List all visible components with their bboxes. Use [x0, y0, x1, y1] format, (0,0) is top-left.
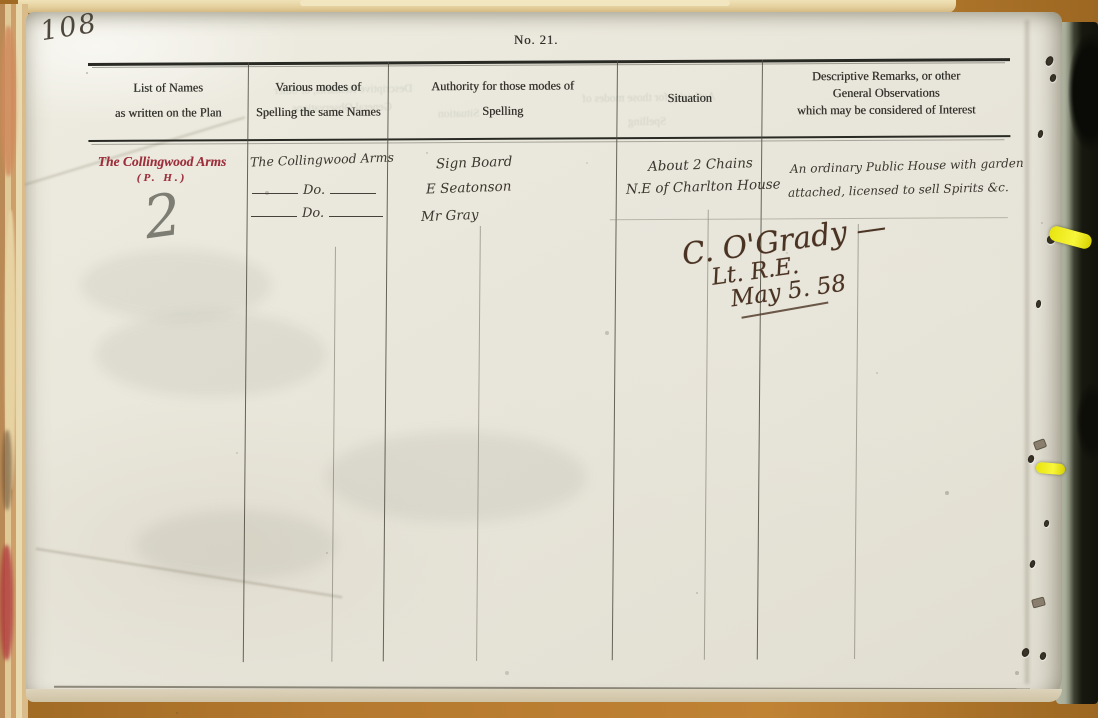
- page-edge-dark-tint: [2, 430, 12, 510]
- faint-sub-divider: [476, 226, 481, 661]
- column-header-situation: Situation: [617, 59, 762, 132]
- table-header-row: List of Names as written on the Plan Var…: [88, 58, 1010, 135]
- page-edge-tint: [1, 26, 16, 176]
- ditto-rule: [251, 216, 297, 217]
- ditto-rule: [329, 216, 383, 217]
- column-header-authority: Authority for those modes of Spelling: [388, 60, 617, 133]
- binding-hole: [1035, 300, 1041, 309]
- column-header-spellings: Various modes of Spelling the same Names: [248, 61, 388, 134]
- binding-hole: [1037, 129, 1044, 138]
- ditto-rule: [330, 193, 376, 194]
- faint-sub-divider: [331, 247, 336, 662]
- book-fore-edge-gap: [1056, 22, 1098, 704]
- spelling-mode-ditto: Do.: [252, 186, 394, 201]
- page-bottom-edge: [26, 689, 1062, 702]
- page-edge-red-tint: [0, 545, 13, 660]
- binding-hole: [1020, 647, 1030, 658]
- page-crease: [1025, 20, 1029, 684]
- ditto-rule: [252, 193, 298, 194]
- column-divider: [612, 60, 618, 660]
- binding-hole: [1044, 55, 1055, 67]
- register-table: List of Names as written on the Plan Var…: [88, 58, 1013, 665]
- column-header-names: List of Names as written on the Plan: [88, 62, 248, 135]
- column-divider: [243, 62, 249, 662]
- binding-hole: [1049, 73, 1057, 83]
- binding-hole: [1029, 559, 1036, 568]
- binding-staple: [1033, 438, 1047, 451]
- binding-hole: [1043, 519, 1050, 527]
- column-header-remarks: Descriptive Remarks, or other General Ob…: [762, 58, 1010, 131]
- spelling-mode-ditto: Do.: [251, 209, 401, 224]
- column-divider: [757, 59, 763, 659]
- form-number: No. 21.: [471, 32, 601, 48]
- ledger-page: 108 No. 21. Descriptive Remarks, or othe…: [26, 12, 1062, 702]
- page-edge-top-highlight: [300, 0, 730, 6]
- binding-hole: [1027, 454, 1035, 464]
- authority-entry: E Seatonson: [426, 179, 512, 198]
- authority-entry: Mr Gray: [421, 207, 479, 225]
- binding-staple: [1031, 596, 1046, 608]
- binding-hole: [1039, 651, 1047, 661]
- folio-number: 108: [40, 7, 97, 47]
- authority-entry: Sign Board: [436, 154, 513, 173]
